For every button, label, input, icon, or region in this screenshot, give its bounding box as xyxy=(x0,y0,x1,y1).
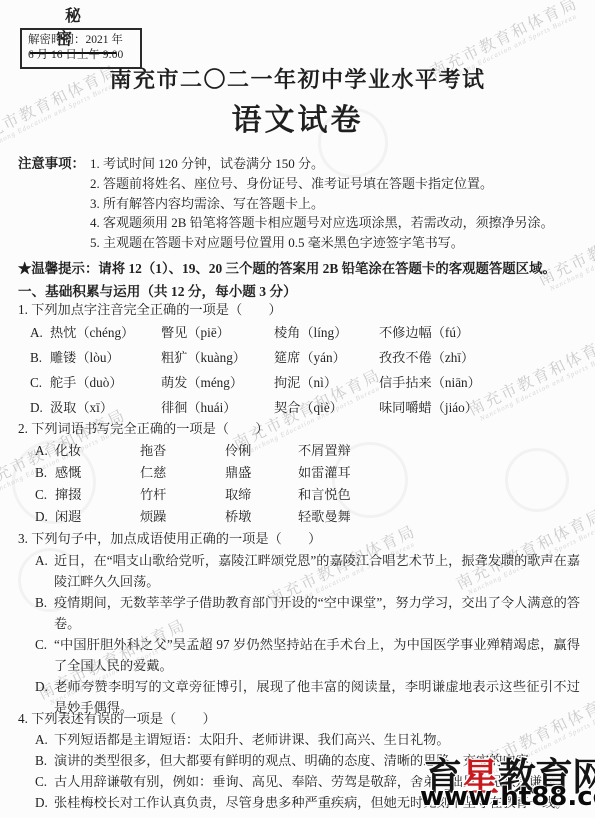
paper-subject-title: 语文试卷 xyxy=(0,95,595,139)
option-row: C.撺掇竹杆取缔和言悦色 xyxy=(35,484,586,506)
exam-title: 南充市二〇二一年初中学业水平考试 xyxy=(0,63,595,94)
scanned-exam-paper: 南充市教育和体育局Nanchong Education and Sports B… xyxy=(0,0,595,818)
notice-section: 注意事项： 1. 考试时间 120 分钟，试卷满分 150 分。 2. 答题前将… xyxy=(18,154,586,253)
option-row: B.雕镂（lòu）粗犷（kuàng）筵席（yán）孜孜不倦（zhī） xyxy=(30,345,586,370)
option-c: C.“中国肝胆外科之父”吴孟超 97 岁仍然坚持站在手术台上，为中国医学事业殚精… xyxy=(35,634,580,676)
option-row: D.汲取（xī）徘徊（huái）契合（qiè）味同嚼蜡（jiáo） xyxy=(30,395,586,420)
question-3-stem: 3. 下列句子中，加点成语使用正确的一项是（ ） xyxy=(18,527,580,550)
option-a: A.近日，在“唱支山歌给党听，嘉陵江畔颂党恩”的嘉陵江合唱艺术节上，振聋发聩的歌… xyxy=(35,550,580,592)
notice-item: 3. 所有解答内容均需涂、写在答题卡上。 xyxy=(90,194,554,214)
ht88-url-watermark: www.ht88.com xyxy=(420,782,595,812)
option-row: A.热忱（chéng）瞥见（piē）棱角（líng）不修边幅（fú） xyxy=(30,320,586,345)
question-1: 1. 下列加点字注音完全正确的一项是（ ） A.热忱（chéng）瞥见（piē）… xyxy=(18,300,586,420)
question-1-stem: 1. 下列加点字注音完全正确的一项是（ ） xyxy=(18,300,586,320)
option-row: D.闲遐烦躁桥墩轻歌曼舞 xyxy=(35,506,586,528)
decrypt-time-line2: 6 月 16 日上午 9:00 xyxy=(28,48,138,63)
warm-tip: ★温馨提示：请将 12（1）、19、20 三个题的答案用 2B 铅笔涂在答题卡的… xyxy=(18,258,586,277)
notice-items: 1. 考试时间 120 分钟，试卷满分 150 分。 2. 答题前将姓名、座位号… xyxy=(90,154,554,253)
notice-item: 1. 考试时间 120 分钟，试卷满分 150 分。 xyxy=(90,154,554,174)
notice-item: 2. 答题前将姓名、座位号、身份证号、准考证号填在答题卡指定位置。 xyxy=(90,174,554,194)
decrypt-time-line1: 解密时间：2021 年 xyxy=(28,33,138,48)
section-heading: 一、基础积累与运用（共 12 分，每小题 3 分） xyxy=(18,280,586,300)
option-row: C.舵手（duò）萌发（méng）拘泥（nì）信手拈来（niān） xyxy=(30,370,586,395)
question-3: 3. 下列句子中，加点成语使用正确的一项是（ ） A.近日，在“唱支山歌给党听，… xyxy=(18,527,580,718)
question-2-stem: 2. 下列词语书写完全正确的一项是（ ） xyxy=(18,418,586,440)
option-row: B.感慨仁慈鼎盛如雷灌耳 xyxy=(35,462,586,484)
option-row: A.化妆拖沓伶俐不屑置辩 xyxy=(35,440,586,462)
question-4-stem: 4. 下列表述有误的一项是（ ） xyxy=(18,708,580,729)
notice-item: 5. 主观题在答题卡对应题号位置用 0.5 毫米黑色字迹签字笔书写。 xyxy=(90,233,554,253)
question-2: 2. 下列词语书写完全正确的一项是（ ） A.化妆拖沓伶俐不屑置辩 B.感慨仁慈… xyxy=(18,418,586,528)
notice-label: 注意事项： xyxy=(18,154,90,253)
notice-item: 4. 客观题须用 2B 铅笔将答题卡相应题号对应选项涂黑，若需改动，须擦净另涂。 xyxy=(90,213,554,233)
option-b: B.疫情期间，无数莘莘学子借助教育部门开设的“空中课堂”，努力学习，交出了令人满… xyxy=(35,592,580,634)
